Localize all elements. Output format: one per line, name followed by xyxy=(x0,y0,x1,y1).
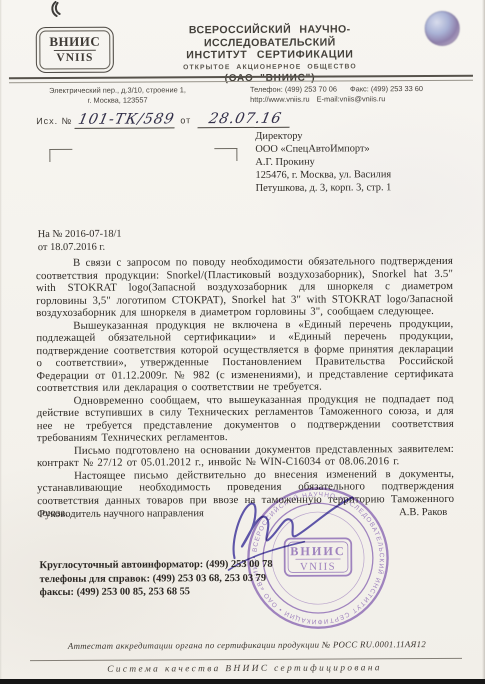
recipient-company: ООО «СпецАвтоИмпорт» xyxy=(255,143,391,157)
fax-line: факсы: (499) 253 00 85, 253 68 55 xyxy=(40,585,273,600)
signer-position: Руководитель научного направления xyxy=(39,508,204,520)
autoinformer-line: Круглосуточный автоинформатор: (499) 253… xyxy=(39,558,272,573)
recipient-address-line2: Петушкова, д. 3, корп. 3, стр. 1 xyxy=(256,182,392,196)
body-paragraph: Вышеуказанная продукция не включена в «Е… xyxy=(36,317,453,394)
handwritten-outgoing-date: 28.07.16 xyxy=(198,111,294,129)
org-title-line2: ИНСТИТУТ СЕРТИФИКАЦИИ xyxy=(127,48,413,62)
scanned-letter-page: ВНИИС VNIIS ВСЕРОССИЙСКИЙ НАУЧНО-ИССЛЕДО… xyxy=(0,0,485,684)
incoming-ref-number: На № 2016-07-18/1 xyxy=(38,228,122,242)
email-address: E-mail:vniis@vniis.ru xyxy=(317,94,386,104)
scan-artifact-mark xyxy=(44,1,66,19)
scan-edge-left xyxy=(0,0,2,684)
web-email-row: http://www.vniis.ruE-mail:vniis@vniis.ru xyxy=(250,94,423,104)
phone-number: Телефон: (499) 253 70 06 xyxy=(250,85,337,94)
sender-address: Электрический пер., д.3/10, строение 1, … xyxy=(15,85,220,105)
sender-address-line2: г. Москва, 123557 xyxy=(15,95,220,106)
incoming-ref-block: На № 2016-07-18/1 от 18.07.2016 г. xyxy=(38,228,122,255)
phone-fax-row: Телефон: (499) 253 70 06Факс: (499) 253 … xyxy=(250,84,423,94)
recipient-title: Директору xyxy=(255,130,391,144)
quality-system-line: Система качества ВНИИС сертифицирована xyxy=(2,663,485,676)
vniis-logo: ВНИИС VNIIS xyxy=(36,27,114,73)
recipient-address-line1: 125476, г. Москва, ул. Василия xyxy=(255,169,391,183)
logo-text-ru: ВНИИС xyxy=(49,35,100,48)
footer-phones-block: Круглосуточный автоинформатор: (499) 253… xyxy=(39,558,272,600)
body-paragraph: Одновременно сообщаем, что вышеуказанная… xyxy=(37,392,454,444)
body-paragraph: В связи с запросом по поводу необходимос… xyxy=(36,255,453,320)
outgoing-label: Исх. № xyxy=(36,116,72,126)
recipient-person: А.Г. Прокину xyxy=(255,156,391,170)
incoming-ref-date: от 18.07.2016 г. xyxy=(38,241,122,255)
letter-body: В связи с запросом по поводу необходимос… xyxy=(36,255,454,520)
logo-text-en: VNIIS xyxy=(49,53,100,65)
inquiry-phones-line: телефоны для справок: (499) 253 03 68, 2… xyxy=(40,571,273,586)
sender-contacts: Телефон: (499) 253 70 06Факс: (499) 253 … xyxy=(250,84,423,104)
address-window-corner-left xyxy=(49,149,72,162)
outgoing-from-label: от xyxy=(180,115,191,125)
accreditation-line: Аттестат аккредитации органа по сертифик… xyxy=(37,639,457,651)
outgoing-ref-line: Исх. №101-ТК/589от28.07.16 xyxy=(36,111,291,129)
hologram-seal-icon xyxy=(425,11,460,46)
logo-divider xyxy=(53,50,96,51)
footer-divider xyxy=(30,658,462,661)
scan-edge-bottom xyxy=(0,679,485,684)
fax-number: Факс: (499) 253 33 60 xyxy=(350,84,423,94)
org-subtitle: ОТКРЫТОЕ АКЦИОНЕРНОЕ ОБЩЕСТВО xyxy=(127,63,413,71)
body-paragraph: Письмо подготовлено на основании докумен… xyxy=(37,442,454,469)
handwritten-outgoing-number: 101-ТК/589 xyxy=(75,111,179,129)
website-url: http://www.vniis.ru xyxy=(250,94,310,103)
recipient-block: Директору ООО «СпецАвтоИмпорт» А.Г. Прок… xyxy=(255,130,391,195)
signer-name: А.В. Раков xyxy=(399,507,447,518)
address-window-corner-right xyxy=(214,148,237,161)
org-title-line1: ВСЕРОССИЙСКИЙ НАУЧНО-ИССЛЕДОВАТЕЛЬСКИЙ xyxy=(127,23,413,49)
